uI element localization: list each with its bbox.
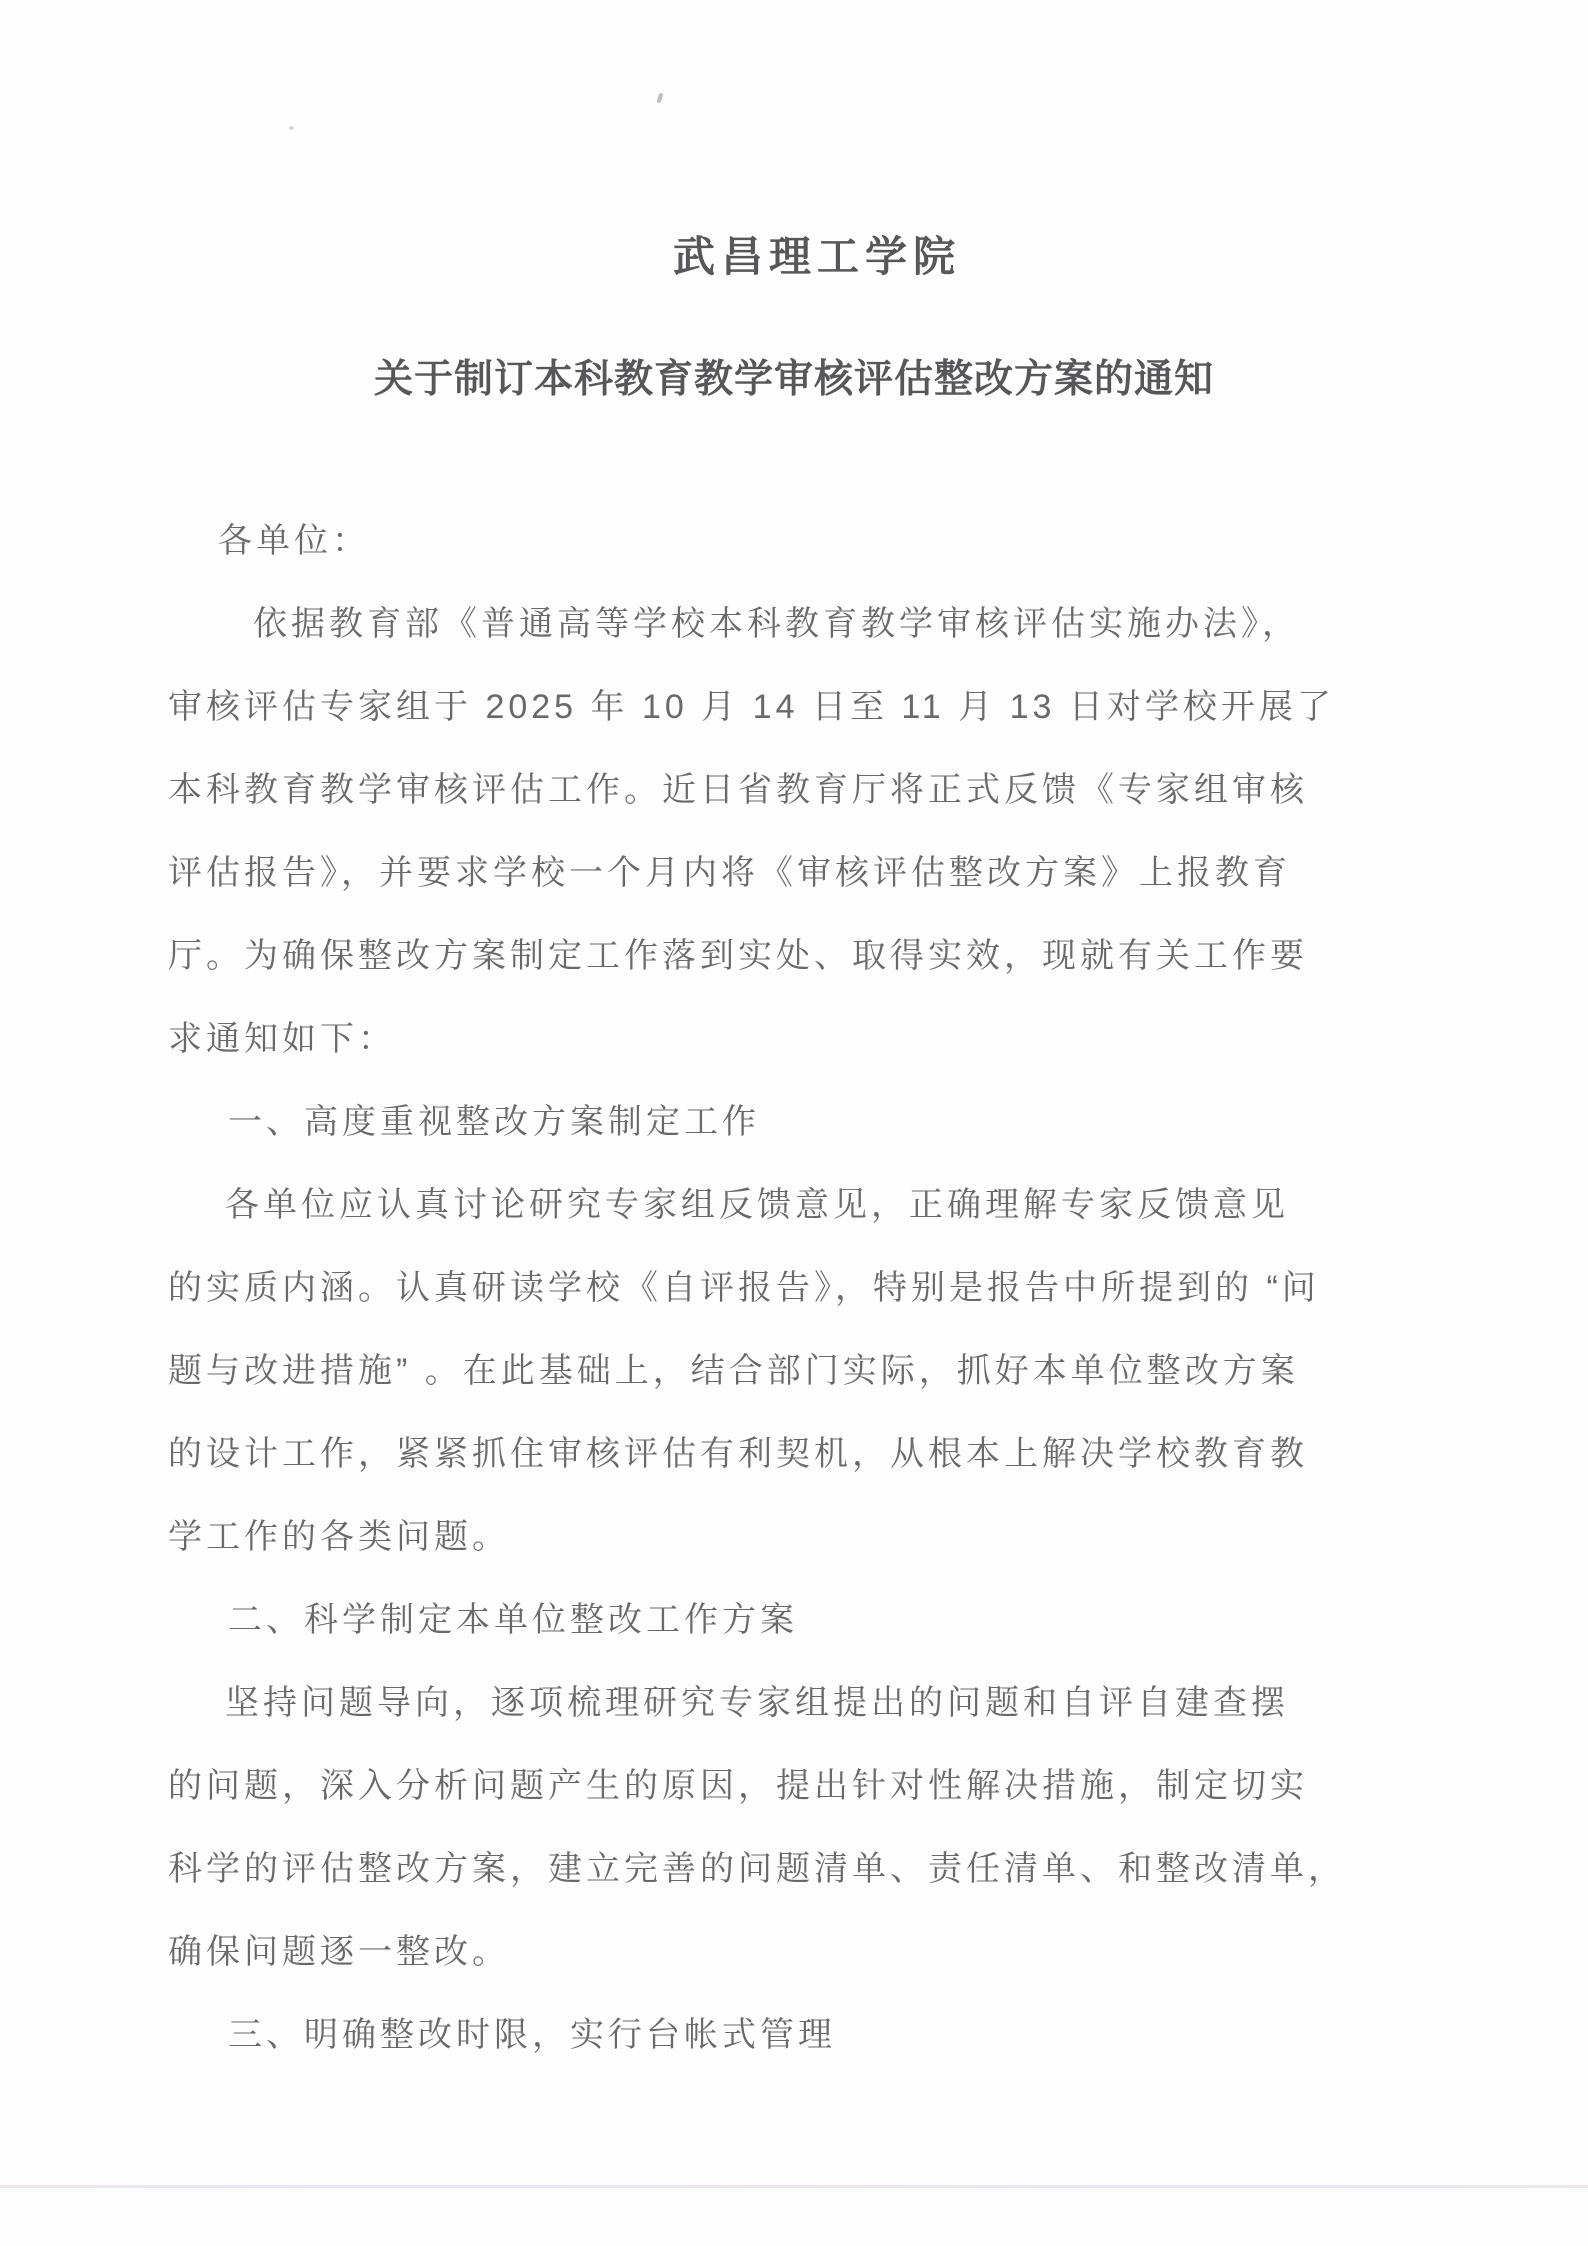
document-line: 学工作的各类问题。 xyxy=(168,1496,1468,1579)
document-line: 一、高度重视整改方案制定工作 xyxy=(168,1081,1468,1164)
document-line: 三、明确整改时限，实行台帐式管理 xyxy=(168,1994,1468,2077)
document-line: 科学的评估整改方案，建立完善的问题清单、责任清单、和整改清单， xyxy=(168,1828,1468,1911)
document-line: 评估报告》，并要求学校一个月内将《审核评估整改方案》上报教育 xyxy=(168,832,1468,915)
document-line: 的问题，深入分析问题产生的原因，提出针对性解决措施，制定切实 xyxy=(168,1745,1468,1828)
document-line: 求通知如下： xyxy=(168,998,1468,1081)
document-org-title: 武昌理工学院 xyxy=(0,224,1588,284)
scan-speck-artifact xyxy=(657,93,664,104)
document-notice-title: 关于制订本科教育教学审核评估整改方案的通知 xyxy=(0,348,1588,404)
document-line: 二、科学制定本单位整改工作方案 xyxy=(168,1579,1468,1662)
document-body: 各单位：依据教育部《普通高等学校本科教育教学审核评估实施办法》，审核评估专家组于… xyxy=(168,500,1468,2077)
document-line: 各单位应认真讨论研究专家组反馈意见，正确理解专家反馈意见 xyxy=(168,1164,1468,1247)
scan-dot-artifact xyxy=(289,126,294,130)
document-line: 各单位： xyxy=(168,500,1468,583)
document-line: 坚持问题导向，逐项梳理研究专家组提出的问题和自评自建查摆 xyxy=(168,1662,1468,1745)
document-page: 武昌理工学院 关于制订本科教育教学审核评估整改方案的通知 各单位：依据教育部《普… xyxy=(0,0,1588,2246)
document-line: 依据教育部《普通高等学校本科教育教学审核评估实施办法》， xyxy=(168,583,1468,666)
document-line: 的实质内涵。认真研读学校《自评报告》，特别是报告中所提到的 “问 xyxy=(168,1247,1468,1330)
document-line: 的设计工作，紧紧抓住审核评估有利契机，从根本上解决学校教育教 xyxy=(168,1413,1468,1496)
document-line: 题与改进措施” 。在此基础上，结合部门实际，抓好本单位整改方案 xyxy=(168,1330,1468,1413)
document-line: 厅。为确保整改方案制定工作落到实处、取得实效，现就有关工作要 xyxy=(168,915,1468,998)
document-line: 审核评估专家组于 2025 年 10 月 14 日至 11 月 13 日对学校开… xyxy=(168,666,1468,749)
scan-line-artifact xyxy=(0,2185,1588,2188)
document-line: 确保问题逐一整改。 xyxy=(168,1911,1468,1994)
document-line: 本科教育教学审核评估工作。近日省教育厅将正式反馈《专家组审核 xyxy=(168,749,1468,832)
